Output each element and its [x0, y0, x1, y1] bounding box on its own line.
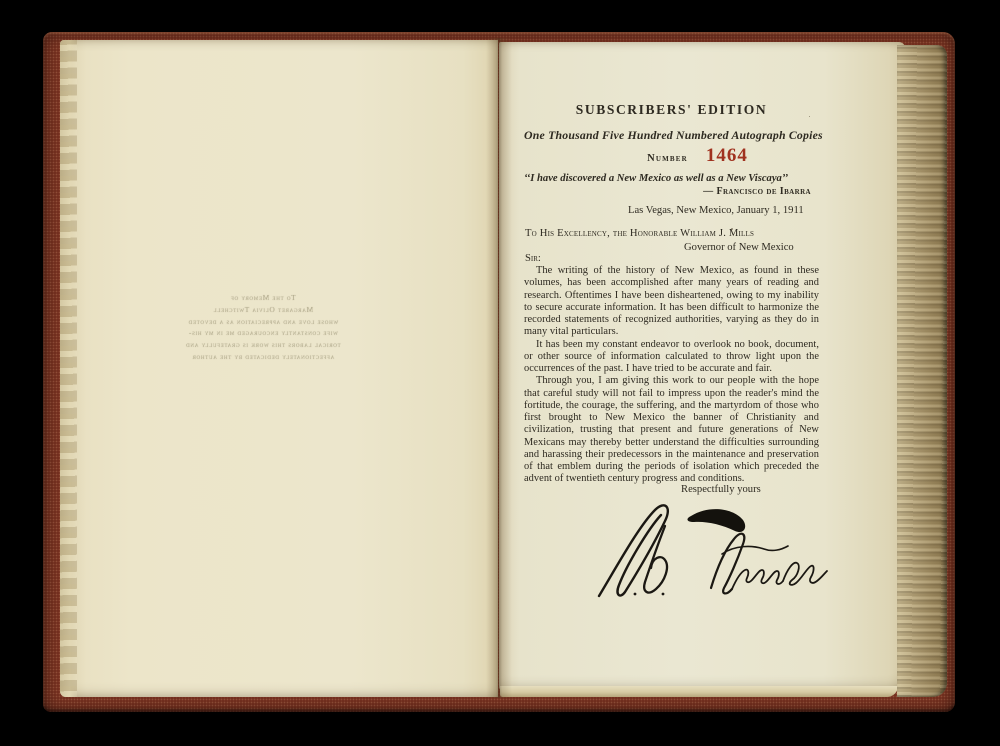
- copy-number-label: Number: [647, 153, 688, 164]
- ghost-line: Margaret Olivia Twitchell: [158, 304, 368, 316]
- epigraph-quote: ‘‘I have discovered a New Mexico as well…: [524, 173, 788, 184]
- edition-heading: SUBSCRIBERS' EDITION: [524, 102, 819, 118]
- letter-paragraph: It has been my constant endeavor to over…: [524, 339, 819, 376]
- deckle-torn-edge: [60, 40, 77, 697]
- ghost-line: wife constantly encouraged me in my his-: [158, 327, 368, 339]
- dateline: Las Vegas, New Mexico, January 1, 1911: [628, 205, 804, 216]
- right-page: SUBSCRIBERS' EDITION One Thousand Five H…: [499, 42, 905, 690]
- closing-valediction: Respectfully yours: [681, 484, 761, 495]
- copy-number-value: 1464: [706, 145, 748, 166]
- letter-paragraph: Through you, I am giving this work to ou…: [524, 375, 819, 485]
- letter-body: The writing of the history of New Mexico…: [524, 265, 819, 486]
- paper-speck: [809, 116, 810, 117]
- page-stack-bottom-edge: [500, 686, 898, 697]
- ghost-line: torical labors this work is gratefully a…: [158, 339, 368, 351]
- salutation: Sir:: [525, 253, 541, 264]
- letter-paragraph: The writing of the history of New Mexico…: [524, 265, 819, 339]
- signature-autograph: [595, 500, 829, 600]
- addressee-name: To His Excellency, the Honorable William…: [525, 228, 754, 239]
- ghost-line: whose love and appreciation as a devoted: [158, 316, 368, 328]
- addressee-title: Governor of New Mexico: [684, 242, 794, 253]
- ghost-dedication-showthrough: To the Memory of Margaret Olivia Twitche…: [158, 292, 368, 363]
- left-page: To the Memory of Margaret Olivia Twitche…: [60, 40, 498, 697]
- paper-speck: [731, 228, 733, 230]
- fore-edge-page-stack: [897, 45, 947, 697]
- epigraph-attribution: — Francisco de Ibarra: [703, 186, 811, 197]
- copy-number-line: Number 1464: [550, 145, 845, 167]
- ghost-line: To the Memory of: [158, 292, 368, 304]
- ghost-line: affectionately dedicated by the author: [158, 351, 368, 363]
- limitation-statement: One Thousand Five Hundred Numbered Autog…: [524, 128, 819, 143]
- photograph-open-book: To the Memory of Margaret Olivia Twitche…: [0, 0, 1000, 746]
